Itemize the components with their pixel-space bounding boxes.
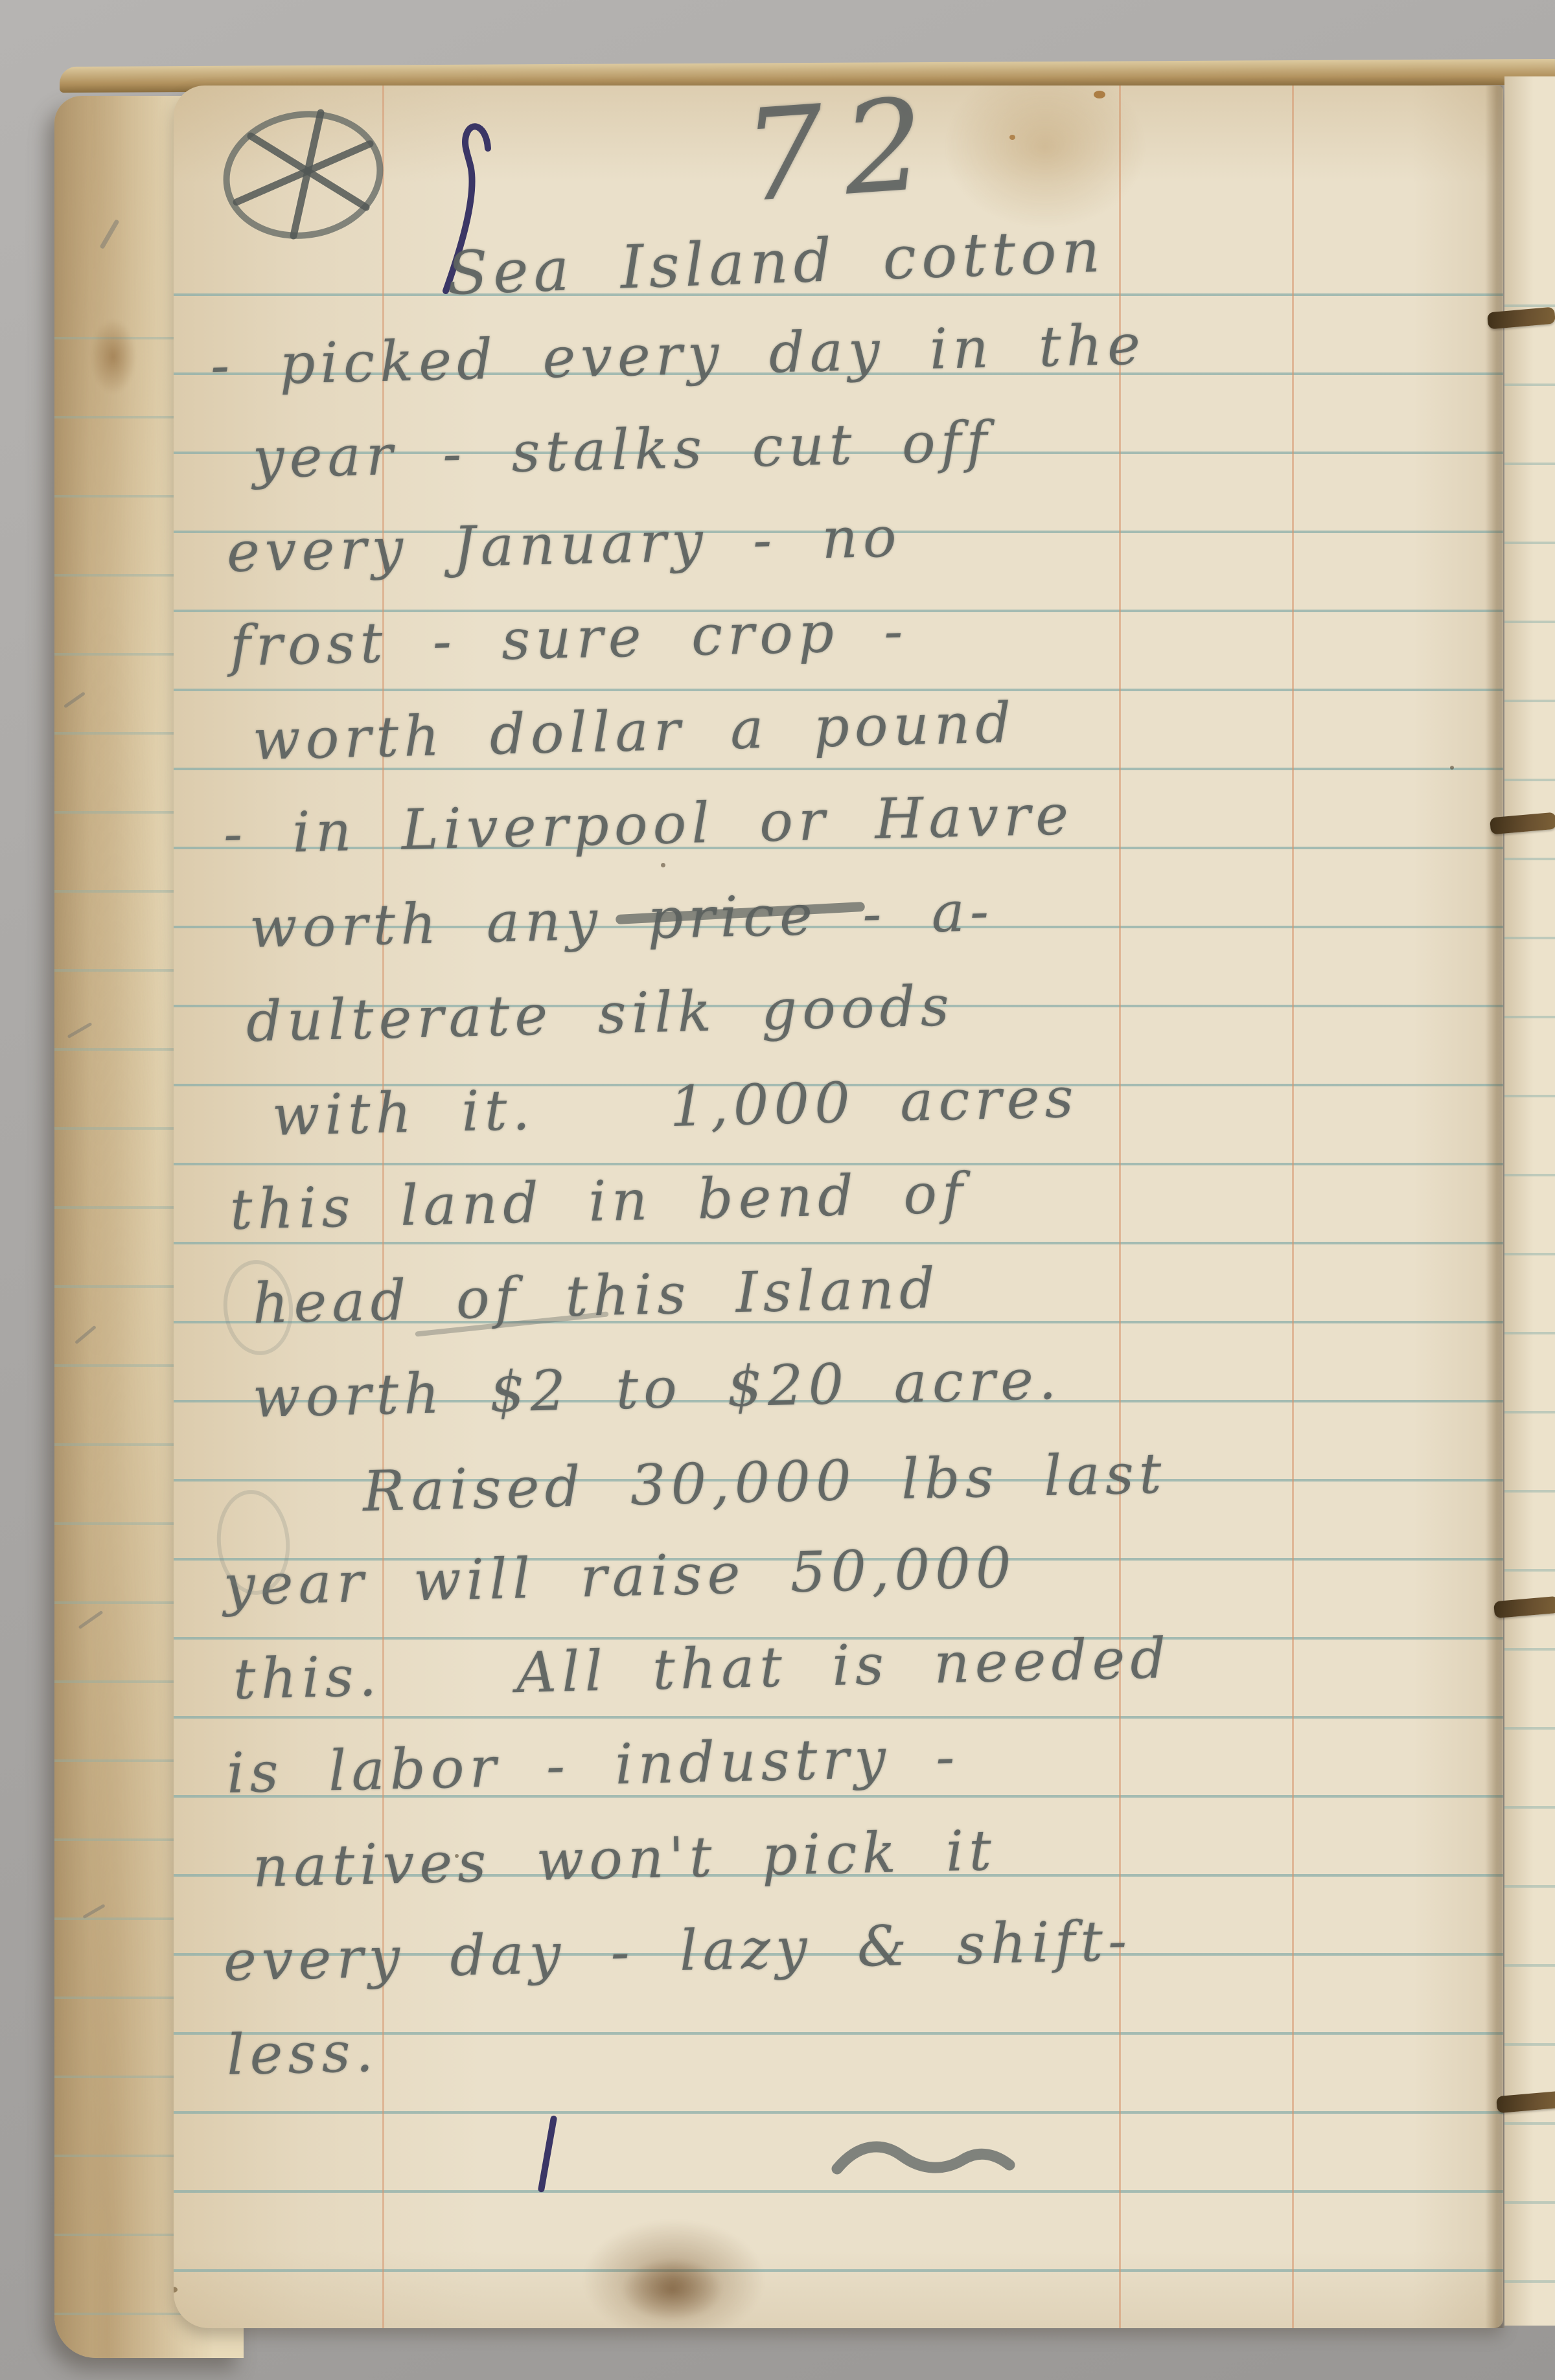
handwriting-line: dulterate silk goods [246, 978, 955, 1050]
handwriting-line: Raised 30,000 lbs last [362, 1446, 1167, 1520]
handwriting-line: every January - no [226, 509, 902, 580]
handwriting-line: head of this Island [252, 1261, 941, 1332]
paper-speck [1009, 135, 1015, 140]
journal-page: 72 Sea Island cotton - picked every day … [174, 86, 1503, 2328]
handwriting-line: year - stalks cut off [252, 414, 993, 486]
notebook-photo: 72 Sea Island cotton - picked every day … [0, 0, 1555, 2380]
handwriting-line: frost - sure crop - [229, 603, 908, 674]
handwriting-line: this land in bend of [229, 1165, 969, 1238]
right-column-line [1292, 86, 1294, 2328]
handwriting-line: natives won't pick it [252, 1823, 997, 1895]
handwriting-line: worth $2 to $20 acre. [252, 1352, 1062, 1426]
handwriting-line: year will raise 50,000 [223, 1540, 1017, 1614]
page-number: 72 [740, 86, 948, 220]
right-column-line [1119, 86, 1121, 2328]
handwriting-line: less. [226, 2024, 379, 2083]
handwriting-line: Sea Island cotton [446, 222, 1106, 304]
binding-gutter [1485, 86, 1504, 2328]
paper-speck [1450, 766, 1454, 770]
paper-stain [945, 86, 1146, 228]
handwriting-line: with it. 1,000 acres [271, 1070, 1079, 1144]
circled-asterisk-icon [217, 104, 392, 246]
paper-speck [661, 863, 665, 867]
closing-flourish-icon [829, 2131, 1017, 2190]
edge-stain [91, 319, 136, 394]
handwriting-line: worth dollar a pound [252, 695, 1017, 768]
next-page-sliver [1504, 76, 1555, 2326]
handwriting-line: is labor - industry - [226, 1729, 960, 1802]
next-page-ruled-lines [1504, 304, 1555, 2326]
paper-speck [1094, 91, 1105, 98]
paper-stain [622, 2259, 722, 2320]
